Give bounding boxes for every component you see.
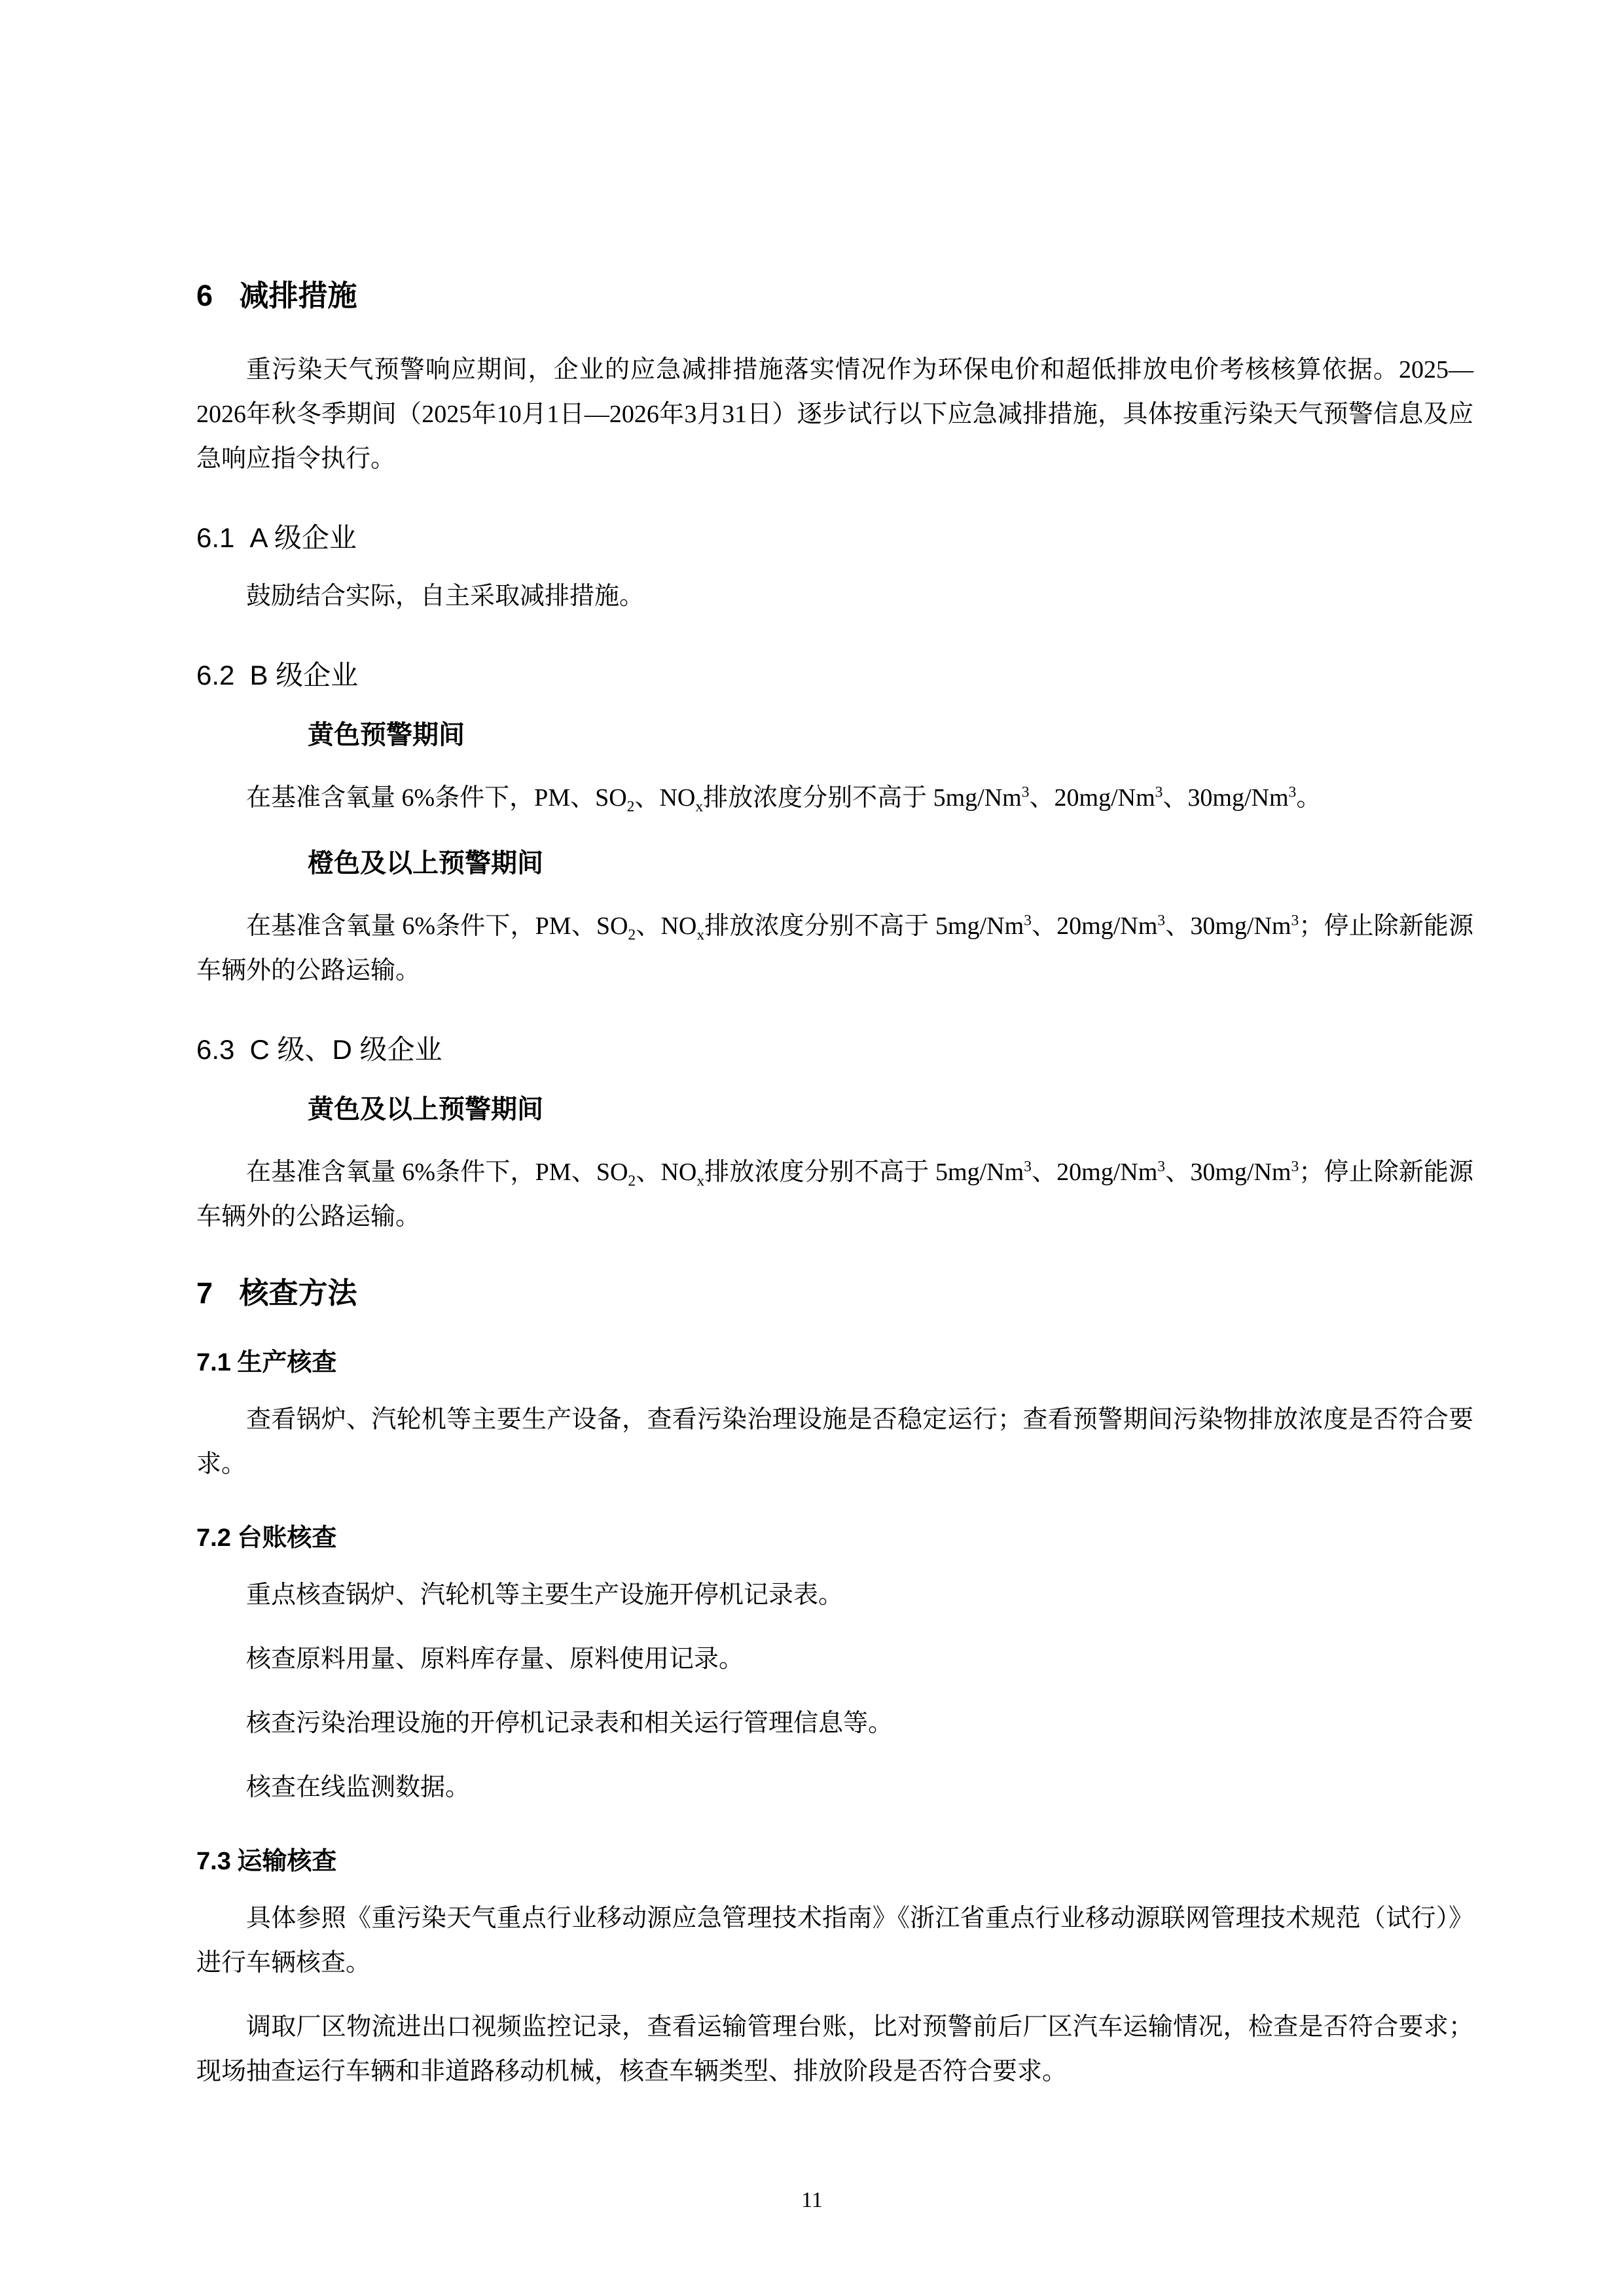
heading-title: 台账核查: [237, 1524, 336, 1552]
heading-title: 生产核查: [237, 1349, 336, 1376]
paragraph: 具体参照《重污染天气重点行业移动源应急管理技术指南》《浙江省重点行业移动源联网管…: [196, 1896, 1473, 1985]
heading-title: A 级企业: [249, 522, 356, 553]
subsection-heading: 6.2B 级企业: [196, 659, 1473, 692]
heading-number: 7.3: [196, 1848, 231, 1875]
section-heading: 6减排措施: [196, 278, 1473, 314]
heading-number: 7: [196, 1276, 213, 1310]
heading-number: 6.3: [196, 1034, 234, 1065]
subsection-heading: 7.3运输核查: [196, 1846, 1473, 1876]
heading-title: C 级、D 级企业: [249, 1034, 442, 1065]
subsection-heading: 6.1A 级企业: [196, 522, 1473, 554]
subsection-heading: 7.1生产核查: [196, 1348, 1473, 1378]
heading-title: 减排措施: [240, 279, 357, 312]
heading-number: 6.2: [196, 660, 234, 691]
heading-number: 6: [196, 279, 213, 312]
paragraph: 核查原料用量、原料库存量、原料使用记录。: [196, 1637, 1473, 1681]
subsection-heading: 6.3C 级、D 级企业: [196, 1033, 1473, 1066]
paragraph: 核查污染治理设施的开停机记录表和相关运行管理信息等。: [196, 1701, 1473, 1746]
heading-title: B 级企业: [249, 660, 358, 691]
section-heading: 7核查方法: [196, 1276, 1473, 1311]
paragraph: 重污染天气预警响应期间，企业的应急减排措施落实情况作为环保电价和超低排放电价考核…: [196, 348, 1473, 481]
heading-title: 核查方法: [240, 1276, 357, 1310]
heading-title: 运输核查: [237, 1848, 336, 1875]
document-body: 6减排措施重污染天气预警响应期间，企业的应急减排措施落实情况作为环保电价和超低排…: [196, 262, 1473, 2113]
document-page: 6减排措施重污染天气预警响应期间，企业的应急减排措施落实情况作为环保电价和超低排…: [0, 0, 1624, 2296]
paragraph: 查看锅炉、汽轮机等主要生产设备，查看污染治理设施是否稳定运行；查看预警期间污染物…: [196, 1397, 1473, 1486]
paragraph: 重点核查锅炉、汽轮机等主要生产设施开停机记录表。: [196, 1573, 1473, 1617]
paragraph: 鼓励结合实际，自主采取减排措施。: [196, 574, 1473, 619]
warning-period-heading: 黄色预警期间: [196, 719, 1473, 751]
warning-period-heading: 橙色及以上预警期间: [196, 848, 1473, 879]
paragraph: 在基准含氧量 6%条件下，PM、SO2、NOx排放浓度分别不高于 5mg/Nm3…: [196, 1150, 1473, 1239]
heading-number: 6.1: [196, 522, 234, 553]
paragraph: 在基准含氧量 6%条件下，PM、SO2、NOx排放浓度分别不高于 5mg/Nm3…: [196, 904, 1473, 993]
paragraph: 核查在线监测数据。: [196, 1765, 1473, 1810]
heading-number: 7.2: [196, 1524, 231, 1552]
paragraph: 在基准含氧量 6%条件下，PM、SO2、NOx排放浓度分别不高于 5mg/Nm3…: [196, 776, 1473, 820]
paragraph: 调取厂区物流进出口视频监控记录，查看运输管理台账，比对预警前后厂区汽车运输情况，…: [196, 2005, 1473, 2094]
page-number: 11: [0, 2187, 1624, 2214]
warning-period-heading: 黄色及以上预警期间: [196, 1094, 1473, 1125]
heading-number: 7.1: [196, 1349, 231, 1376]
subsection-heading: 7.2台账核查: [196, 1523, 1473, 1553]
